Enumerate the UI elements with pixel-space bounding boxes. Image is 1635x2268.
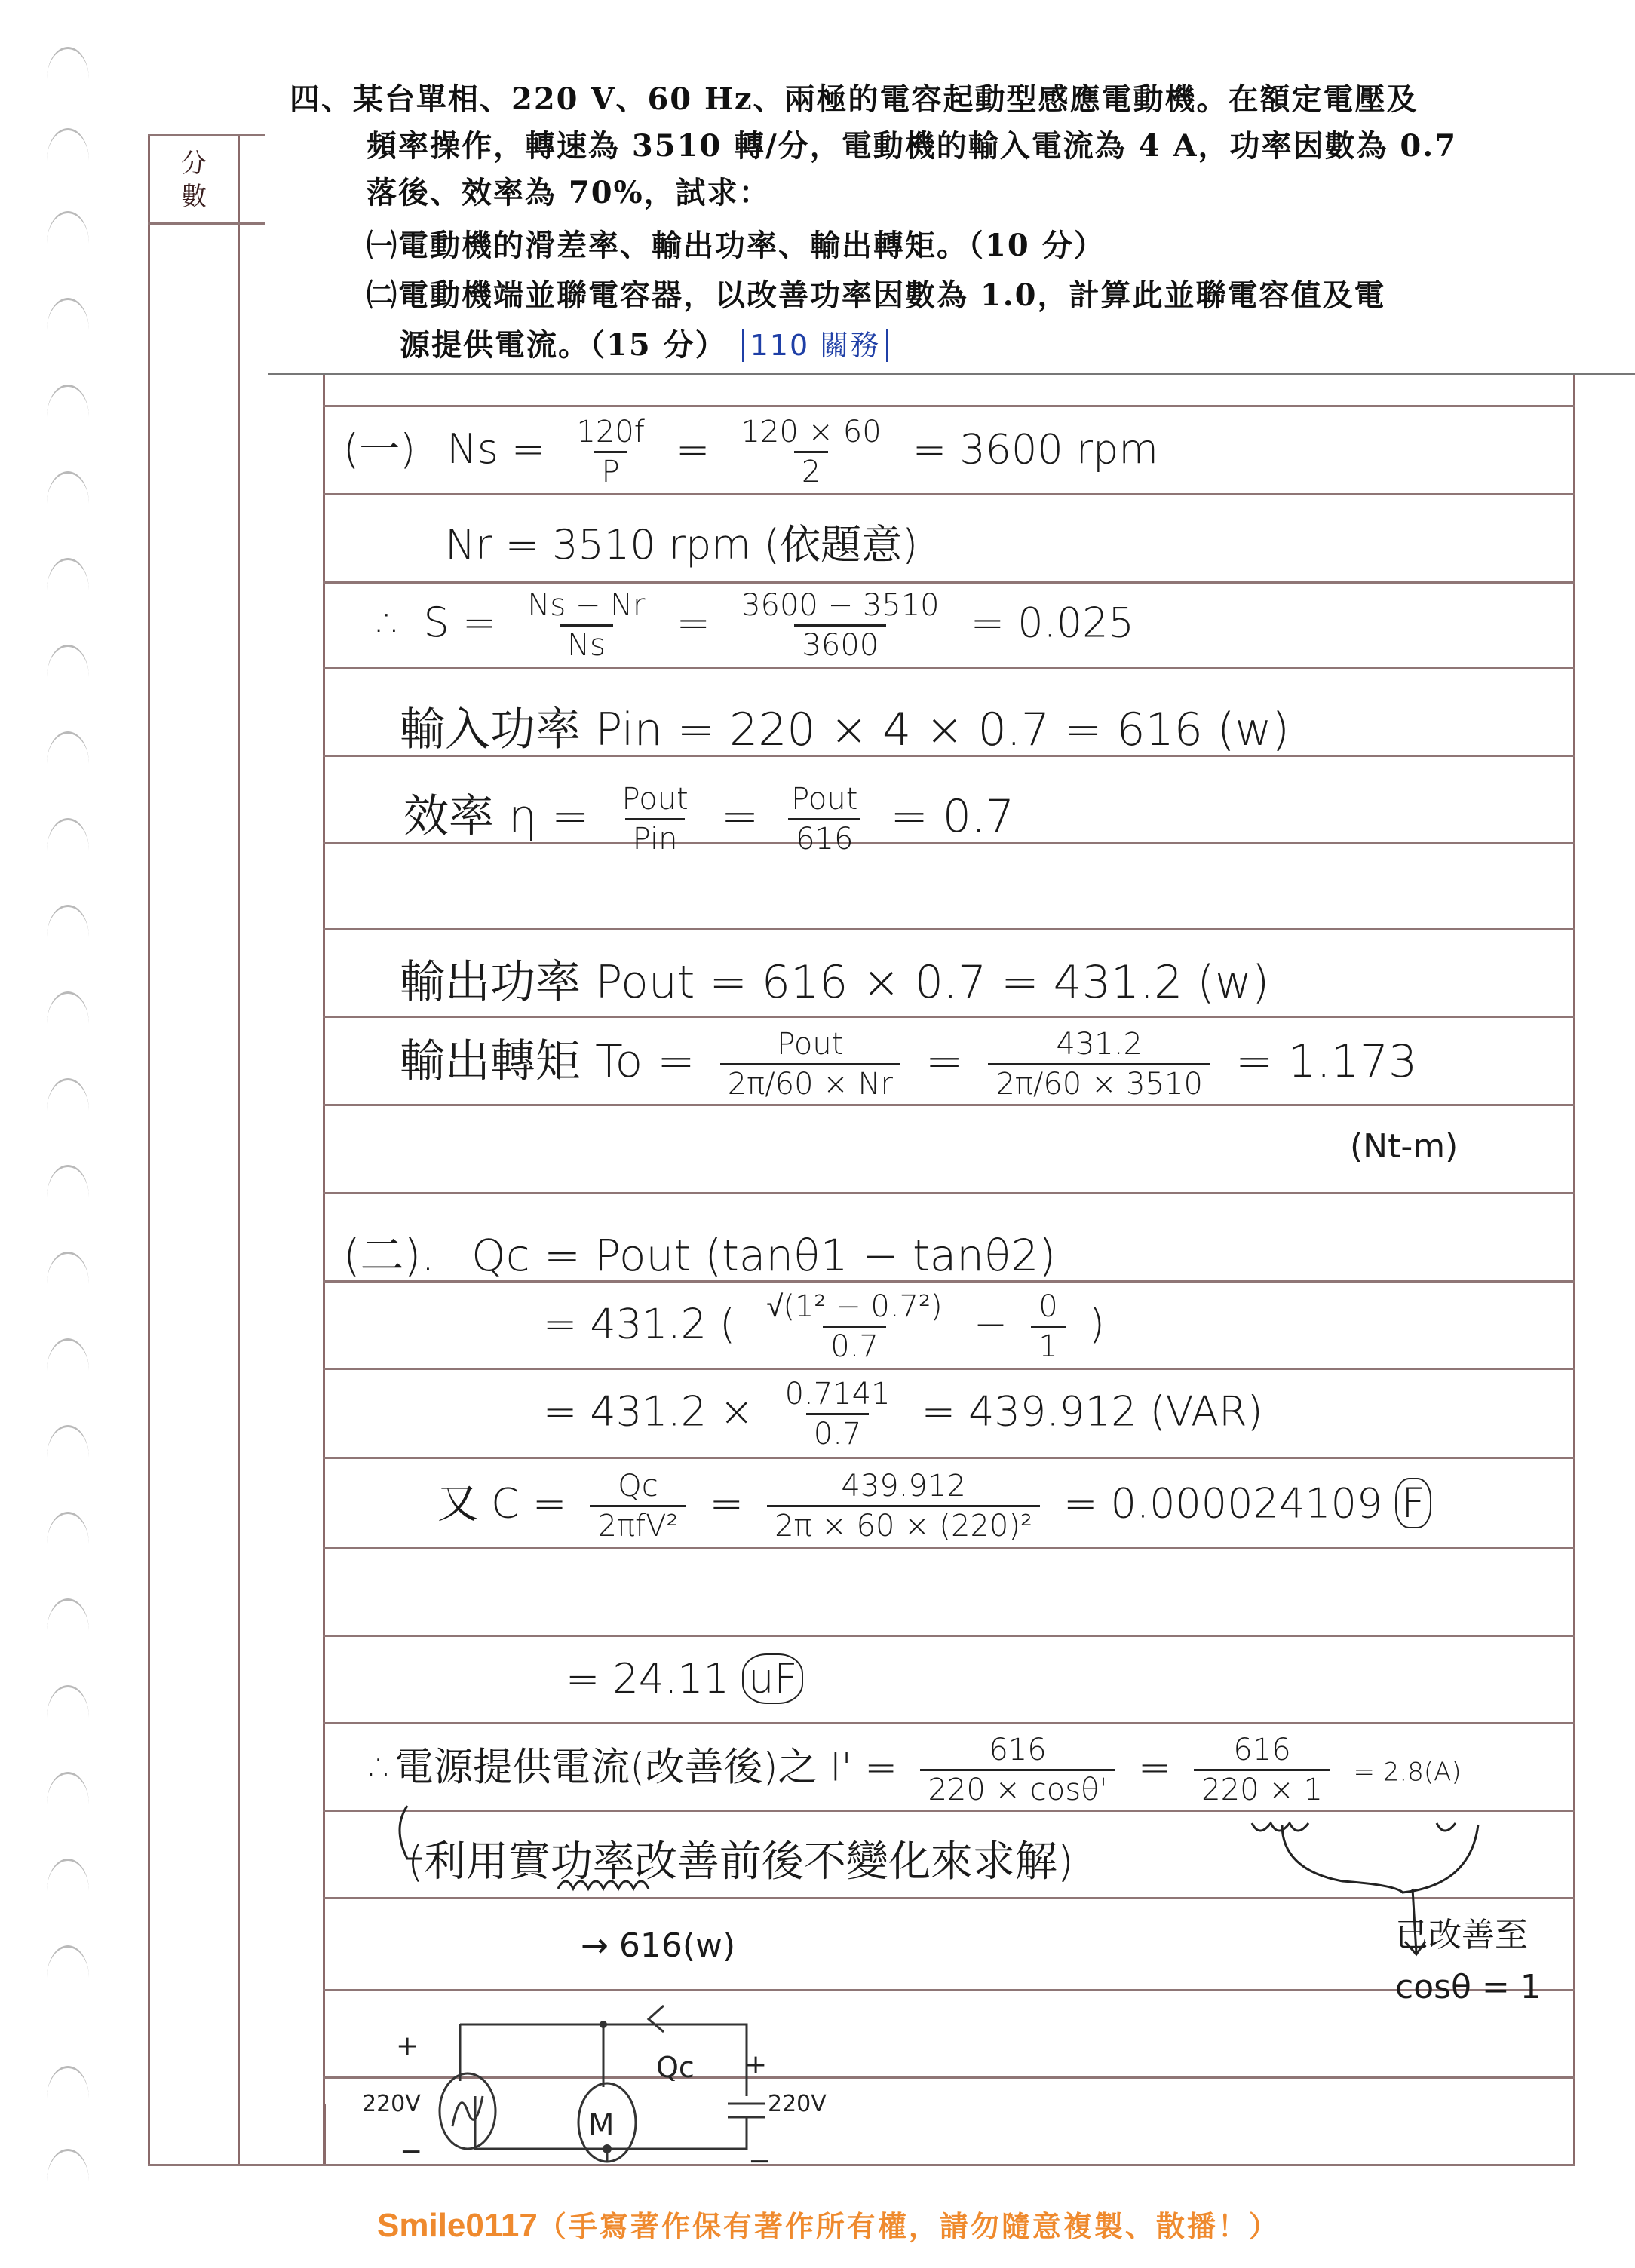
- qc-arrow: [649, 2006, 664, 2032]
- cap-plus: +: [744, 2049, 767, 2080]
- copyright-footer: Smile0117（手寫著作保有著作所有權，請勿隨意複製、散播！）: [377, 2203, 1280, 2245]
- annotation-strokes: [0, 0, 1635, 2268]
- copyright-note: （手寫著作保有著作所有權，請勿隨意複製、散播！）: [538, 2209, 1280, 2243]
- qc-label: Qc: [656, 2051, 695, 2084]
- source-minus: −: [400, 2136, 422, 2167]
- cap-voltage: 220V: [768, 2091, 827, 2117]
- motor-label: M: [588, 2108, 615, 2143]
- cap-minus: −: [748, 2146, 771, 2171]
- author-brand: Smile0117: [377, 2207, 538, 2244]
- ac-symbol: [452, 2096, 483, 2126]
- source-plus: +: [396, 2030, 419, 2061]
- source-voltage: 220V: [362, 2091, 421, 2117]
- circuit-diagram: M Qc + 220V − + 220V −: [332, 1991, 875, 2171]
